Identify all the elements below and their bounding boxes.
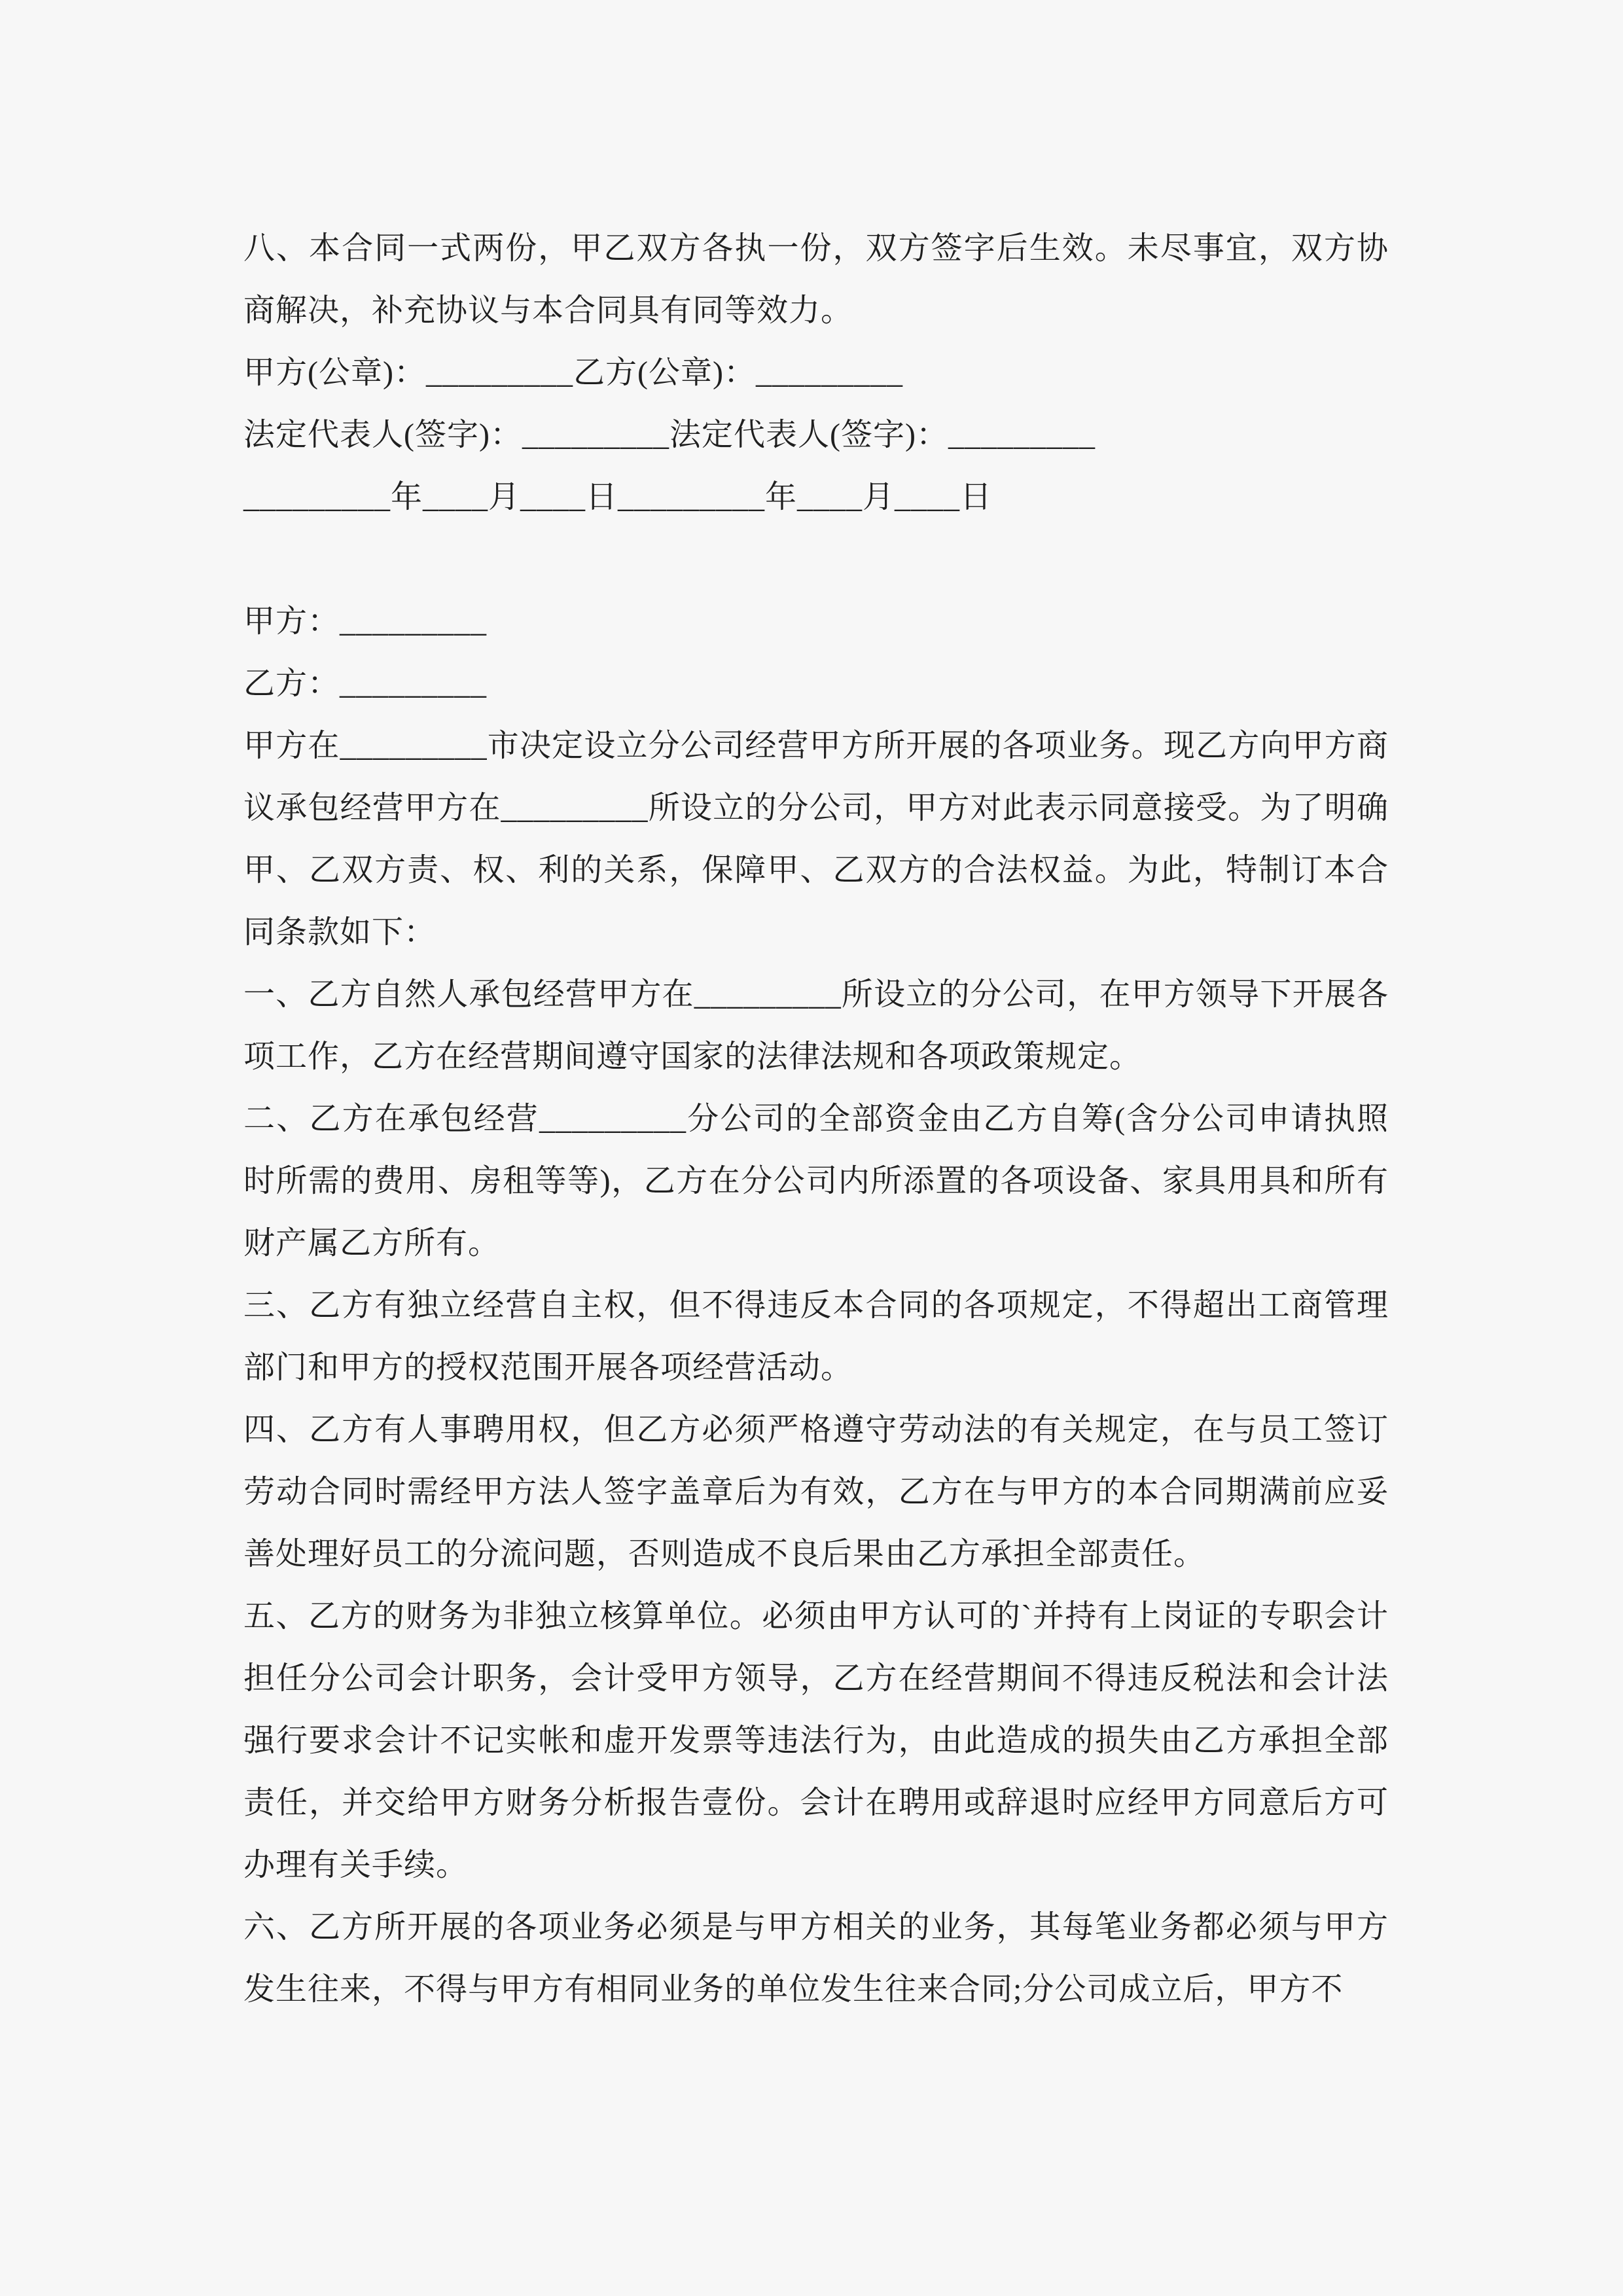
clause-4: 四、乙方有人事聘用权，但乙方必须严格遵守劳动法的有关规定，在与员工签订劳动合同时… xyxy=(243,1399,1389,1585)
seal-line: 甲方(公章)：_________乙方(公章)：_________ xyxy=(243,342,1389,404)
clause-1: 一、乙方自然人承包经营甲方在_________所设立的分公司，在甲方领导下开展各… xyxy=(243,963,1389,1088)
party-a-line: 甲方：_________ xyxy=(243,590,1389,653)
date-line: _________年____月____日_________年____月____日 xyxy=(243,466,1389,528)
clause-6: 六、乙方所开展的各项业务必须是与甲方相关的业务，其每笔业务都必须与甲方发生往来，… xyxy=(243,1896,1389,2020)
party-b-line: 乙方：_________ xyxy=(243,653,1389,715)
clause-5: 五、乙方的财务为非独立核算单位。必须由甲方认可的`并持有上岗证的专职会计担任分公… xyxy=(243,1585,1389,1896)
clause-3: 三、乙方有独立经营自主权，但不得违反本合同的各项规定，不得超出工商管理部门和甲方… xyxy=(243,1274,1389,1399)
legal-representative-line: 法定代表人(签字)：_________法定代表人(签字)：_________ xyxy=(243,404,1389,466)
preamble: 甲方在_________市决定设立分公司经营甲方所开展的各项业务。现乙方向甲方商… xyxy=(243,715,1389,963)
clause-2: 二、乙方在承包经营_________分公司的全部资金由乙方自筹(含分公司申请执照… xyxy=(243,1088,1389,1274)
contract-page: 八、本合同一式两份，甲乙双方各执一份，双方签字后生效。未尽事宜，双方协商解决，补… xyxy=(0,0,1623,2296)
clause-8: 八、本合同一式两份，甲乙双方各执一份，双方签字后生效。未尽事宜，双方协商解决，补… xyxy=(243,217,1389,342)
